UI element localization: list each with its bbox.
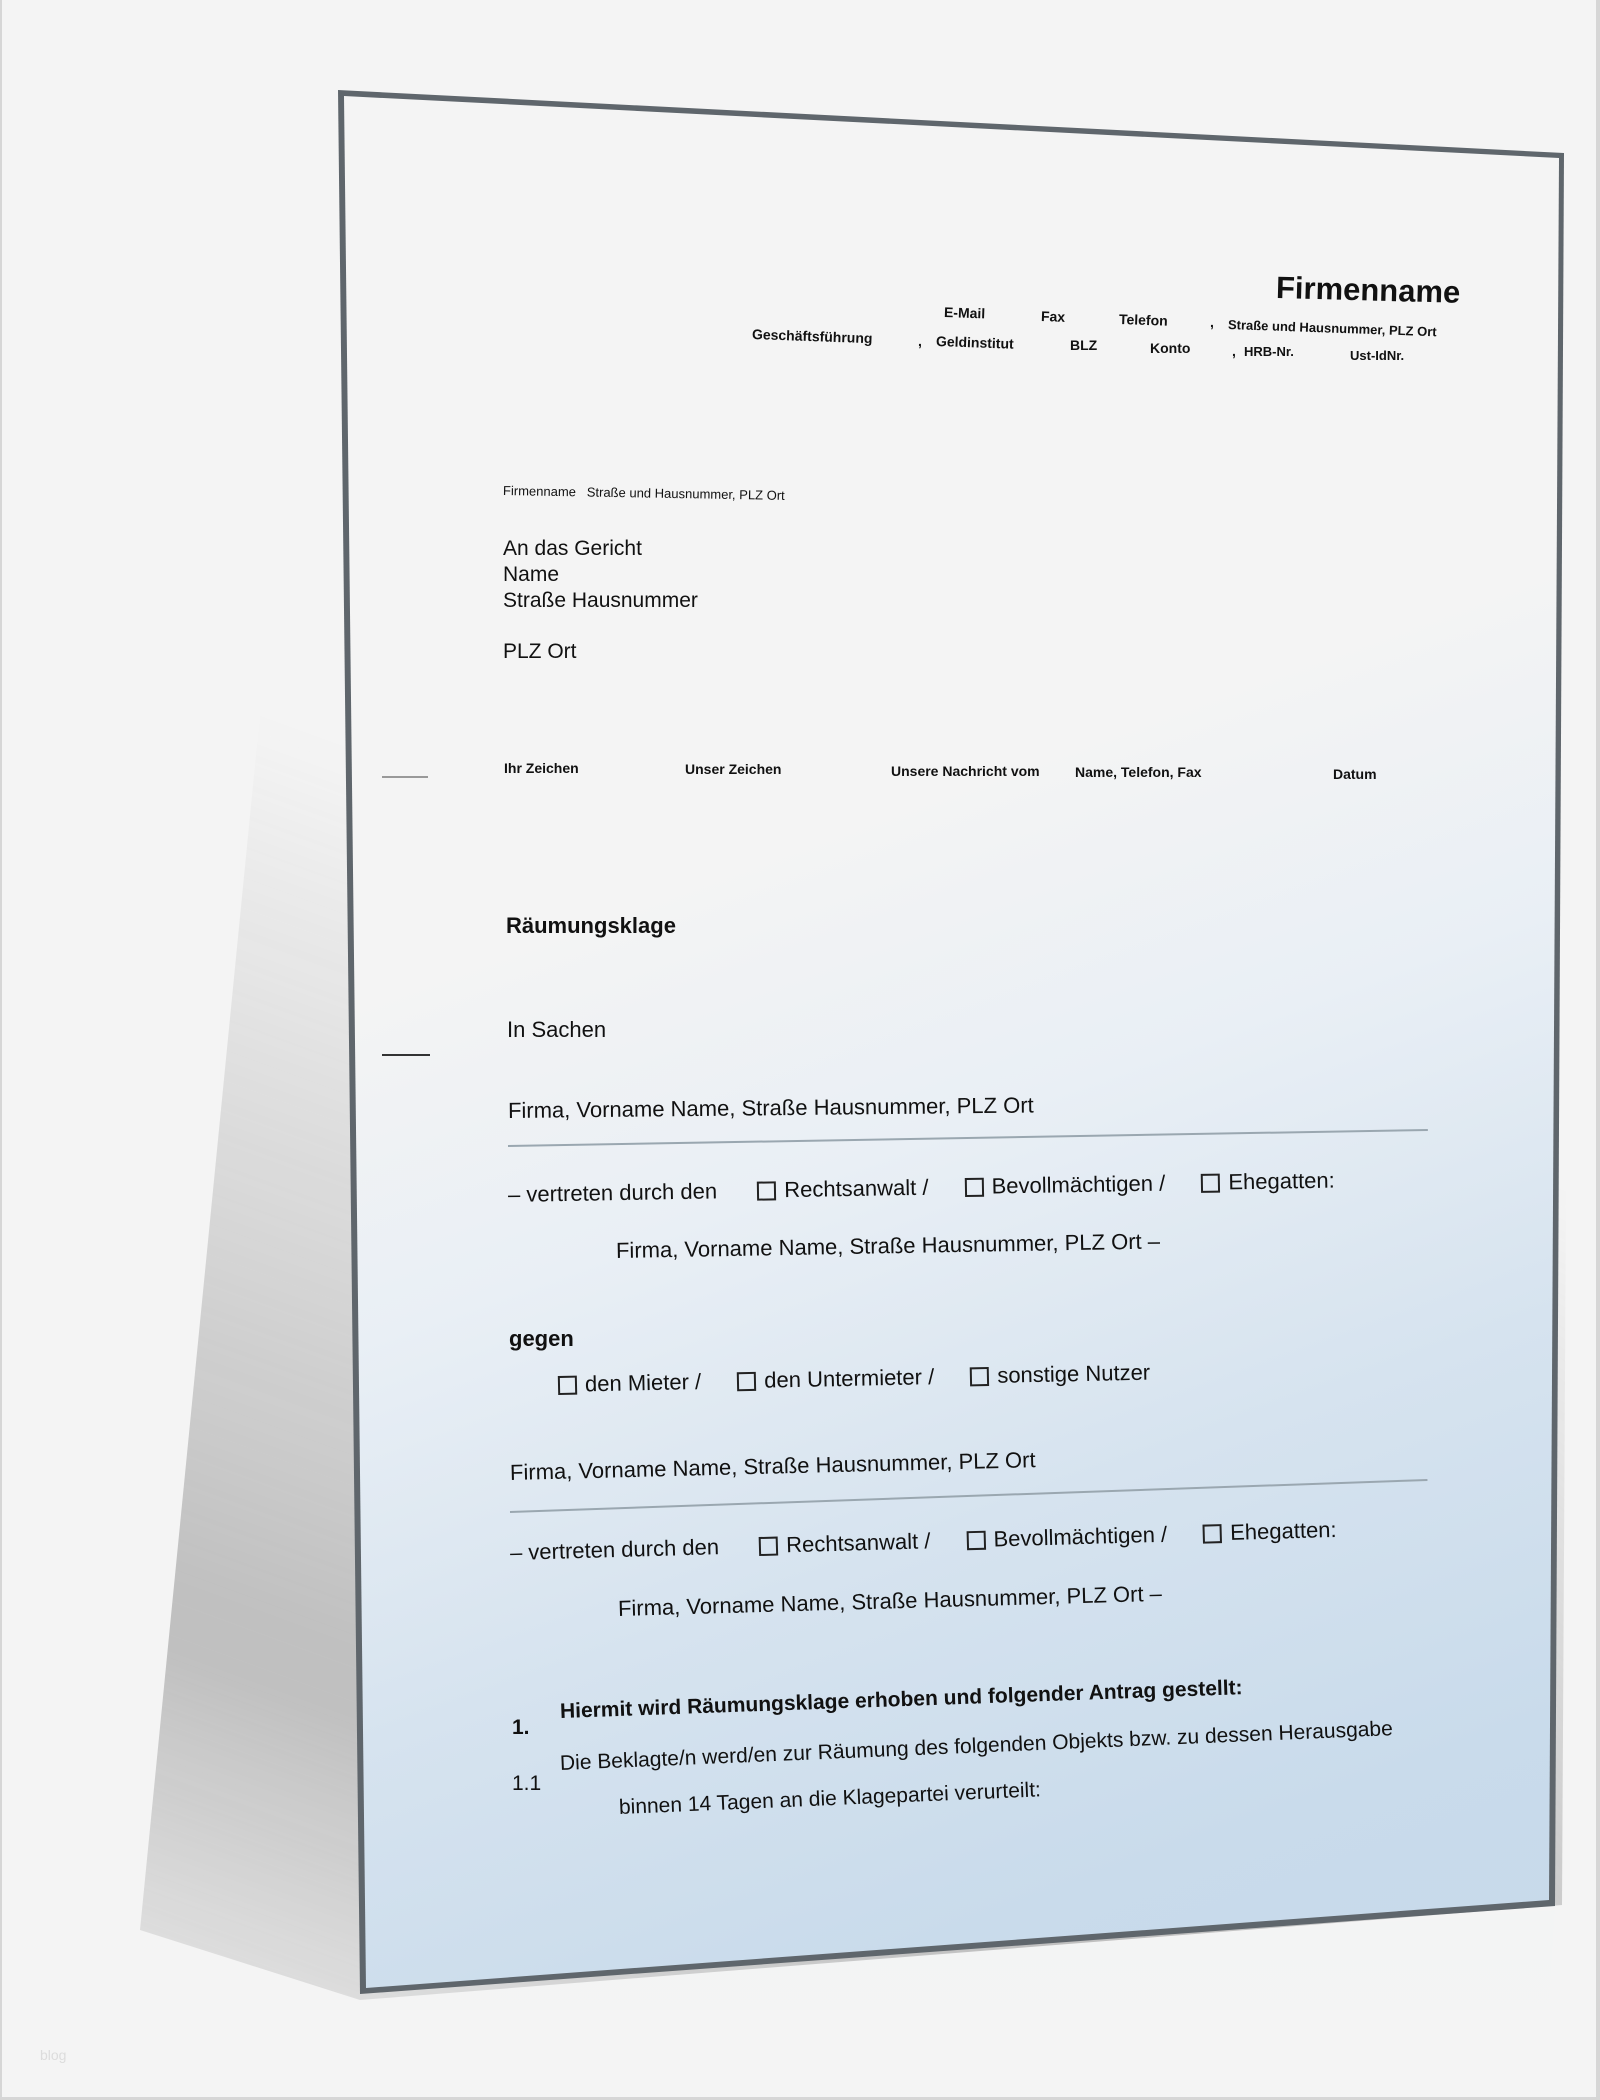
plaintiff-represented-label: – vertreten durch den — [508, 1178, 718, 1207]
plaintiff-option-ehegatten[interactable]: Ehegatten: — [1201, 1168, 1335, 1195]
in-sachen: In Sachen — [507, 1017, 606, 1043]
checkbox[interactable] — [737, 1372, 756, 1391]
section-1-number: 1. — [512, 1716, 530, 1740]
document-title: Räumungsklage — [506, 913, 676, 939]
plaintiff-option-rechtsanwalt[interactable]: Rechtsanwalt / — [757, 1175, 929, 1203]
checkbox[interactable] — [1201, 1174, 1220, 1193]
fold-mark-2 — [382, 1054, 430, 1056]
recipient-line-1: An das Gericht — [503, 537, 642, 561]
recipient-line-3: Straße Hausnummer — [503, 589, 698, 613]
frame-border-right — [1596, 0, 1600, 2100]
watermark: blog — [40, 2047, 66, 2063]
checkbox[interactable] — [1203, 1524, 1223, 1544]
recipient-line-2: Name — [503, 563, 559, 587]
letterhead-geldinstitut: Geldinstitut — [936, 333, 1014, 352]
checkbox[interactable] — [964, 1178, 983, 1197]
letterhead-telefon: Telefon — [1119, 311, 1168, 329]
ref-unsere-nachricht: Unsere Nachricht vom — [891, 763, 1040, 779]
plaintiff-party: Firma, Vorname Name, Straße Hausnummer, … — [508, 1092, 1034, 1124]
ref-name-tel-fax: Name, Telefon, Fax — [1075, 764, 1202, 780]
frame-border-left — [0, 0, 2, 2100]
defendant-represented-label: – vertreten durch den — [510, 1534, 720, 1565]
plaintiff-option-bevollmaechtigten[interactable]: Bevollmächtigen / — [964, 1171, 1165, 1199]
defendant-role-untermieter[interactable]: den Untermieter / — [737, 1364, 934, 1393]
checkbox[interactable] — [558, 1376, 577, 1395]
letterhead-blz: BLZ — [1070, 337, 1097, 353]
checkbox[interactable] — [970, 1367, 989, 1386]
gegen-label: gegen — [509, 1326, 574, 1352]
letterhead-comma-1: , — [1210, 314, 1214, 330]
defendant-role-mieter[interactable]: den Mieter / — [558, 1369, 702, 1397]
defendant-option-rechtsanwalt[interactable]: Rechtsanwalt / — [759, 1528, 931, 1558]
letterhead-email: E-Mail — [944, 304, 986, 321]
ref-unser-zeichen: Unser Zeichen — [685, 761, 781, 777]
letterhead-ustid: Ust-IdNr. — [1350, 348, 1404, 363]
defendant-option-bevollmaechtigten[interactable]: Bevollmächtigen / — [966, 1522, 1167, 1553]
letterhead-comma-3: , — [1232, 343, 1236, 359]
defendant-option-ehegatten[interactable]: Ehegatten: — [1203, 1517, 1337, 1546]
checkbox[interactable] — [759, 1537, 779, 1557]
ref-datum: Datum — [1333, 766, 1377, 782]
defendant-role-sonstige[interactable]: sonstige Nutzer — [970, 1360, 1150, 1389]
letterhead-konto: Konto — [1150, 340, 1190, 356]
letterhead-hrb: HRB-Nr. — [1244, 344, 1294, 359]
ref-ihr-zeichen: Ihr Zeichen — [504, 760, 579, 776]
fold-mark-1 — [382, 776, 428, 778]
checkbox[interactable] — [966, 1531, 986, 1551]
recipient-line-4: PLZ Ort — [503, 640, 577, 664]
company-name: Firmenname — [1276, 270, 1461, 311]
section-1-1-number: 1.1 — [512, 1772, 541, 1796]
letterhead-fax: Fax — [1041, 308, 1066, 325]
checkbox[interactable] — [757, 1181, 776, 1200]
letterhead-comma-2: , — [918, 333, 922, 349]
sender-company: Firmenname — [503, 483, 576, 499]
